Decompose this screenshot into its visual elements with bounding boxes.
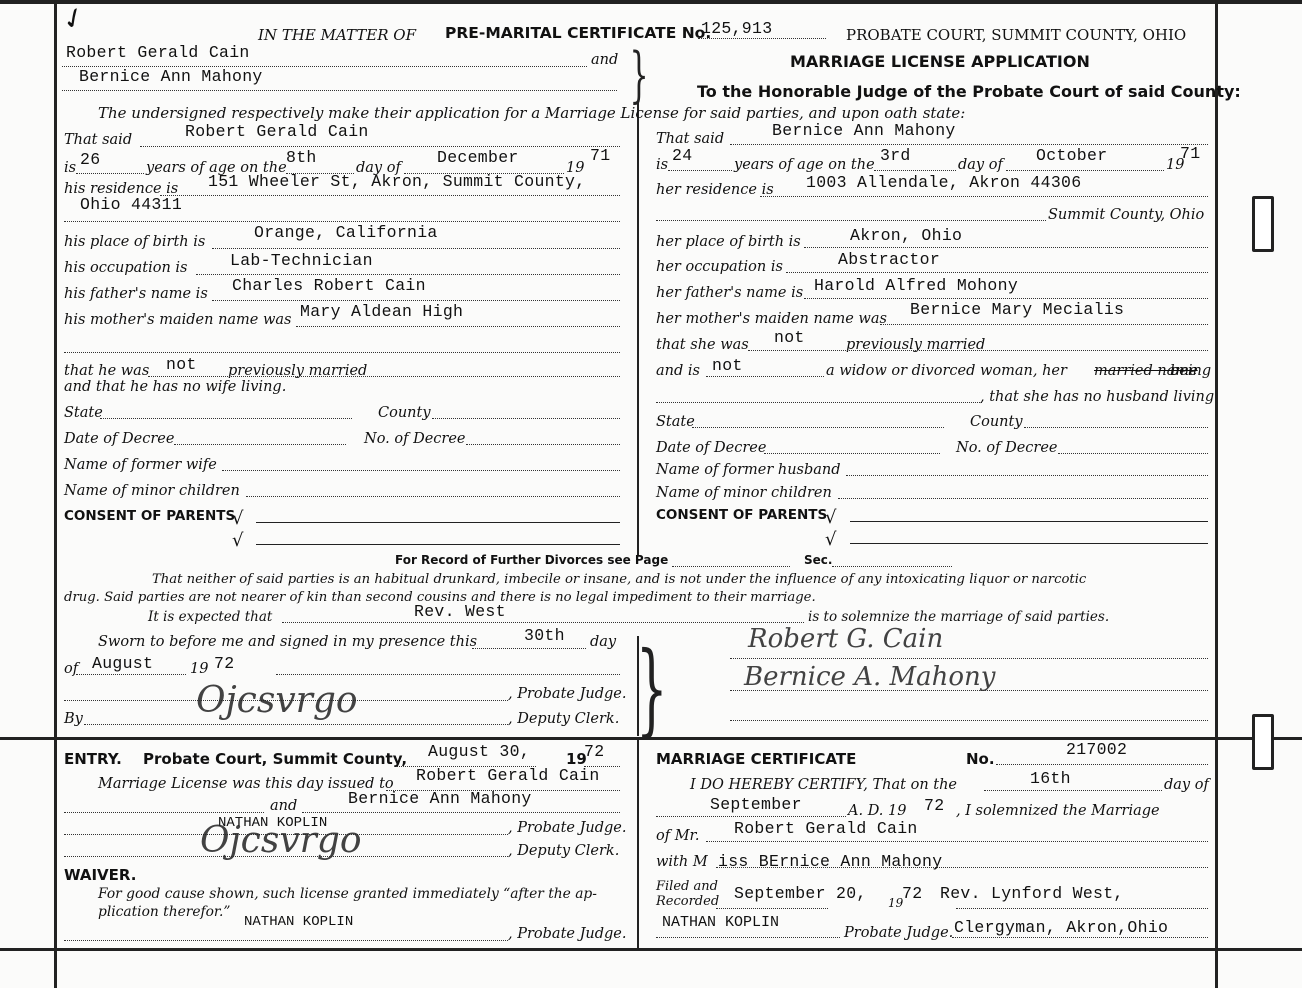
bride-is-label: is	[656, 157, 668, 173]
waiver-text-line1: For good cause shown, such license grant…	[98, 886, 597, 902]
groom-prev-married-value: not	[166, 355, 197, 374]
groom-decree-date-label: Date of Decree	[64, 431, 174, 447]
waiver-probate-judge-label: , Probate Judge.	[508, 926, 627, 942]
groom-birthplace: Orange, California	[254, 223, 438, 242]
consent-line	[256, 522, 620, 523]
dotline	[432, 418, 620, 419]
further-divorces-label: For Record of Further Divorces see Page	[395, 553, 668, 567]
groom-residence-line1: 151 Wheeler St, Akron, Summit County,	[208, 172, 585, 191]
bride-residence-suffix: Summit County, Ohio	[1048, 207, 1204, 223]
groom-birthplace-label: his place of birth is	[64, 234, 205, 250]
bride-years-label: years of age on the	[734, 157, 875, 173]
dotline	[656, 402, 982, 403]
bride-consent-label: CONSENT OF PARENTS	[656, 507, 827, 523]
oath-statement-line1: That neither of said parties is an habit…	[152, 572, 1086, 587]
dotline	[140, 146, 620, 147]
bride-birth-month: October	[1036, 146, 1107, 165]
clergy-name: Rev. Lynford West,	[940, 884, 1124, 903]
binder-tab-lower	[1252, 714, 1274, 770]
bride-widow-value: not	[712, 356, 743, 375]
dotline	[174, 444, 346, 445]
dotline	[76, 674, 186, 675]
dotline	[656, 937, 840, 938]
waiver-title: WAIVER.	[64, 866, 136, 884]
bride-former-spouse-label: Name of former husband	[656, 462, 841, 478]
certificate-title: PRE-MARITAL CERTIFICATE No.	[445, 24, 711, 42]
dotline	[100, 418, 352, 419]
bride-day-of-label: day of	[958, 157, 1003, 173]
bride-birthplace: Akron, Ohio	[850, 226, 962, 245]
dotline	[668, 170, 732, 171]
groom-birth-year: 71	[590, 146, 610, 165]
groom-state-label: State	[64, 405, 103, 421]
recorded-label: Recorded	[656, 894, 719, 909]
certificate-day: 16th	[1030, 769, 1071, 788]
expected-label: It is expected that	[148, 609, 272, 625]
dotline	[282, 622, 804, 623]
groom-consent-label: CONSENT OF PARENTS	[64, 508, 235, 524]
dotline	[730, 690, 1208, 691]
groom-occupation: Lab-Technician	[230, 251, 373, 270]
check-mark-icon: ✓	[56, 0, 91, 38]
solemnize-label: is to solemnize the marriage of said par…	[808, 609, 1109, 625]
waiver-text-line2: plication therefor.”	[98, 904, 230, 920]
day-of-label: day of	[1164, 777, 1209, 793]
ad-label: A. D. 19	[848, 803, 906, 819]
dotline	[874, 170, 956, 171]
binder-tab-upper	[1252, 196, 1274, 252]
bride-mother-label: her mother's maiden name was	[656, 311, 887, 327]
dotline	[64, 352, 620, 353]
sworn-day: 30th	[524, 626, 565, 645]
dotline	[730, 658, 1208, 659]
right-border	[1215, 0, 1218, 988]
dotline	[996, 764, 1208, 765]
groom-age: 26	[80, 150, 100, 169]
dotline	[64, 221, 620, 222]
dotline	[984, 790, 1162, 791]
dotline	[832, 566, 952, 567]
certificate-number: 125,913	[701, 19, 772, 38]
groom-no-wife-label: and that he has no wife living.	[64, 379, 286, 395]
dotline	[804, 298, 1208, 299]
intro-text: The undersigned respectively make their …	[98, 104, 965, 122]
dotline	[786, 272, 1208, 273]
dotline	[466, 444, 620, 445]
dotline	[1024, 427, 1208, 428]
center-divider-lower	[637, 740, 639, 950]
sworn-month: August	[92, 654, 153, 673]
with-label: with M	[656, 854, 708, 870]
filed-year: 72	[902, 884, 922, 903]
groom-that-said-label: That said	[64, 132, 132, 148]
filed-label: Filed and	[656, 879, 718, 894]
dotline	[706, 841, 1208, 842]
groom-minor-children-label: Name of minor children	[64, 483, 240, 499]
bride-widow-label: and is	[656, 363, 700, 379]
bride-birth-year: 71	[1180, 144, 1200, 163]
bride-signature: Bernice A. Mahony	[744, 662, 995, 692]
dotline	[148, 376, 620, 377]
dotline	[222, 470, 620, 471]
sworn-label: Sworn to before me and signed in my pres…	[98, 634, 477, 650]
bride-birthplace-label: her place of birth is	[656, 234, 801, 250]
dotline	[64, 940, 508, 941]
bottom-divider	[0, 948, 1302, 951]
dotline	[212, 300, 620, 301]
clerk-signature: Ojcsvrgo	[196, 680, 358, 721]
bride-father-label: her father's name is	[656, 285, 803, 301]
bride-age: 24	[672, 146, 692, 165]
dotline	[160, 195, 620, 196]
left-border	[54, 0, 57, 988]
certificate-bride: iss BErnice Ann Mahony	[718, 852, 942, 871]
dotline	[706, 376, 824, 377]
bride-occupation-label: her occupation is	[656, 259, 783, 275]
dotline	[656, 220, 1046, 221]
certificate-year: 72	[924, 796, 944, 815]
top-border	[0, 0, 1302, 4]
groom-former-spouse-label: Name of former wife	[64, 457, 217, 473]
filed-year-prefix: 19	[888, 896, 903, 910]
consent-line	[850, 543, 1208, 544]
dotline	[716, 867, 1208, 868]
bride-prev-married-label: that she was	[656, 337, 749, 353]
bride-occupation: Abstractor	[838, 250, 940, 269]
court-name: PROBATE COURT, SUMMIT COUNTY, OHIO	[846, 26, 1186, 44]
certificate-no-label: No.	[966, 750, 995, 768]
groom-mother: Mary Aldean High	[300, 302, 463, 321]
entry-year: 72	[584, 742, 604, 761]
check-icon: √	[825, 529, 836, 550]
groom-occupation-label: his occupation is	[64, 260, 187, 276]
bride-father: Harold Alfred Mohony	[814, 276, 1018, 295]
dotline	[698, 38, 826, 39]
certificate-probate-judge-label: Probate Judge.	[844, 925, 953, 941]
dotline	[764, 453, 940, 454]
groom-father: Charles Robert Cain	[232, 276, 426, 295]
dotline	[672, 566, 790, 567]
groom-signature: Robert G. Cain	[748, 624, 943, 654]
and-label: and	[591, 52, 618, 68]
probate-judge-label: , Probate Judge.	[508, 686, 627, 702]
dotline	[692, 427, 944, 428]
dotline	[846, 475, 1208, 476]
dotline	[246, 496, 620, 497]
dotline	[716, 908, 828, 909]
bride-birth-day: 3rd	[880, 146, 911, 165]
groom-father-label: his father's name is	[64, 286, 208, 302]
sworn-year: 72	[214, 654, 234, 673]
application-subtitle: MARRIAGE LICENSE APPLICATION	[790, 52, 1090, 71]
dotline	[76, 173, 144, 174]
entry-party1: Robert Gerald Cain	[416, 766, 600, 785]
dotline	[838, 498, 1208, 499]
certificate-month: September	[710, 795, 802, 814]
dotline	[1058, 453, 1208, 454]
bride-county-label: County	[970, 414, 1023, 430]
clergy-title: Clergyman, Akron,Ohio	[954, 918, 1168, 937]
dotline	[730, 720, 1208, 721]
bride-name: Bernice Ann Mahony	[772, 121, 956, 140]
by-label: By	[64, 711, 83, 727]
officiant-name: Rev. West	[414, 602, 506, 621]
entry-deputy-clerk-label: , Deputy Clerk.	[508, 843, 619, 859]
bride-state-label: State	[656, 414, 695, 430]
deputy-clerk-label: , Deputy Clerk.	[508, 711, 619, 727]
groom-is-label: is	[64, 160, 76, 176]
sec-label: Sec.	[804, 553, 832, 567]
certificate-judge-name: NATHAN KOPLIN	[662, 914, 779, 931]
bride-no-husband-label: , that she has no husband living	[980, 389, 1214, 405]
day-label: day	[590, 634, 616, 650]
bride-decree-date-label: Date of Decree	[656, 440, 766, 456]
bride-widow-label-b: a widow or divorced woman, her	[826, 363, 1067, 379]
certificate-groom: Robert Gerald Cain	[734, 819, 918, 838]
groom-birth-month: December	[437, 148, 519, 167]
certificate-number: 217002	[1066, 740, 1127, 759]
dotline	[84, 724, 508, 725]
bride-minor-children-label: Name of minor children	[656, 485, 832, 501]
dotline	[64, 812, 264, 813]
entry-court-label: Probate Court, Summit County,	[143, 750, 407, 768]
dotline	[760, 196, 1208, 197]
dotline	[656, 816, 846, 817]
groom-mother-label: his mother's maiden name was	[64, 312, 291, 328]
certificate-title: MARRIAGE CERTIFICATE	[656, 750, 856, 768]
bride-widow-label-c: being	[1170, 363, 1211, 379]
address-line: To the Honorable Judge of the Probate Co…	[697, 82, 1241, 101]
center-divider-upper	[637, 103, 639, 555]
check-icon: √	[825, 507, 836, 528]
dotline	[296, 326, 620, 327]
sworn-year-prefix: 19	[190, 661, 208, 677]
entry-title: ENTRY.	[64, 750, 122, 768]
dotline	[196, 274, 620, 275]
entry-and-label: and	[270, 798, 297, 814]
entry-probate-judge-label: , Probate Judge.	[508, 820, 627, 836]
dotline	[276, 674, 620, 675]
of-mr-label: of Mr.	[656, 828, 700, 844]
check-icon: √	[232, 530, 243, 551]
solemnized-label: , I solemnized the Marriage	[956, 803, 1160, 819]
dotline	[212, 248, 620, 249]
dotline	[302, 812, 620, 813]
dotline	[62, 90, 617, 91]
filed-date: September 20,	[734, 884, 867, 903]
party2-name: Bernice Ann Mahony	[79, 67, 263, 86]
dotline	[880, 324, 1208, 325]
dotline	[730, 144, 1208, 145]
dotline	[1006, 170, 1164, 171]
entry-date: August 30,	[428, 742, 530, 761]
check-icon: √	[232, 508, 243, 529]
certify-label: I DO HEREBY CERTIFY, That on the	[690, 777, 957, 793]
waiver-judge-name: NATHAN KOPLIN	[244, 914, 353, 930]
entry-party2: Bernice Ann Mahony	[348, 789, 532, 808]
dotline	[952, 937, 1208, 938]
bride-residence-label: her residence is	[656, 182, 774, 198]
consent-line	[850, 521, 1208, 522]
groom-county-label: County	[378, 405, 431, 421]
dotline	[956, 908, 1208, 909]
in-the-matter-of: IN THE MATTER OF	[258, 26, 416, 44]
groom-birth-day: 8th	[286, 148, 317, 167]
bride-prev-married-value: not	[774, 328, 805, 347]
consent-line	[256, 544, 620, 545]
bride-mother: Bernice Mary Mecialis	[910, 300, 1124, 319]
dotline	[804, 247, 1208, 248]
dotline	[472, 648, 586, 649]
groom-name: Robert Gerald Cain	[185, 122, 369, 141]
bride-residence-line1: 1003 Allendale, Akron 44306	[806, 173, 1081, 192]
bride-that-said-label: That said	[656, 131, 724, 147]
brace: }	[630, 40, 649, 110]
groom-decree-no-label: No. of Decree	[364, 431, 466, 447]
bride-decree-no-label: No. of Decree	[956, 440, 1058, 456]
entry-clerk-signature: Ojcsvrgo	[200, 820, 362, 861]
party1-name: Robert Gerald Cain	[66, 43, 250, 62]
dotline	[748, 350, 1208, 351]
brace: }	[636, 630, 668, 747]
groom-residence-line2: Ohio 44311	[80, 195, 182, 214]
groom-prev-married-label: that he was	[64, 363, 149, 379]
